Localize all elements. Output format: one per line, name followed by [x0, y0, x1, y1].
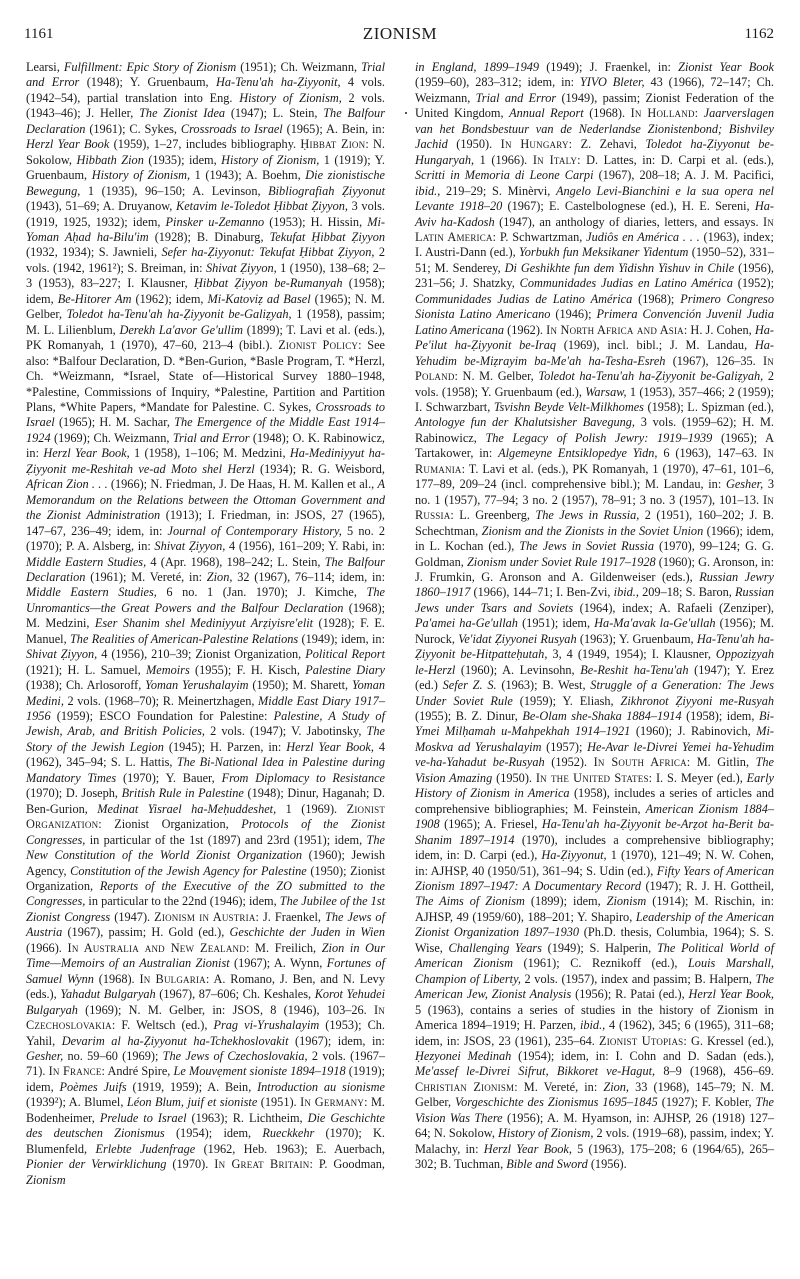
work-title: Warsaw, [585, 385, 626, 399]
work-title: Mi-Katoviẓ ad Basel [208, 292, 311, 306]
citation-text: (1970); D. Joseph, [26, 786, 122, 800]
citation-text: : L. Greenberg, [450, 508, 535, 522]
work-title: Medinat Yisrael ha-Meḥuddeshet, [97, 802, 276, 816]
citation-text: (1947). [110, 910, 154, 924]
citation-text: : Zionist Organization, [98, 817, 241, 831]
citation-text: (1938); Ch. Arlosoroff, [26, 678, 145, 692]
work-title: Scritti in Memoria di Leone Carpi [415, 168, 593, 182]
work-title: African Zion . . . [26, 477, 108, 491]
work-title: Herzl Year Book [26, 137, 109, 151]
work-title: Palestine Diary [305, 663, 385, 677]
citation-text: (1899); idem, [525, 894, 607, 908]
citation-text: : Z. Zehavi, [569, 137, 646, 151]
citation-text: (1961); C. Sykes, [85, 122, 180, 136]
citation-text: (1969); Ch. Weizmann, [51, 431, 173, 445]
work-title: Derekh La'avor Ge'ullim [119, 323, 243, 337]
work-title: Sefer Z. S. [443, 678, 497, 692]
work-title: Political Report [305, 647, 385, 661]
section-heading: Zionist Utopias [599, 1034, 683, 1048]
citation-text: (1928); B. Dinaburg, [149, 230, 270, 244]
citation-text: 209–18; S. Baron, [639, 585, 735, 599]
work-title: Yahadut Bulgaryah [60, 987, 155, 1001]
citation-text: (1955); B. Z. Dinur, [415, 709, 522, 723]
citation-text: : I. S. Meyer (ed.), [649, 771, 747, 785]
work-title: Middle Eastern Studies, [26, 585, 157, 599]
citation-text: (1953); H. Hissin, [264, 215, 367, 229]
work-title: Pa'amei ha-Ge'ullah [415, 616, 518, 630]
work-title: Trial and Error [476, 91, 557, 105]
citation-text: : P. Schwartzman, [493, 230, 586, 244]
citation-text: (1960); A. Levinsohn, [455, 663, 580, 677]
work-title: Ha-Ma'avak la-Ge'ullah [594, 616, 715, 630]
citation-text: (1961); M. Vereté, in: [85, 570, 206, 584]
work-title: Trial and Error [173, 431, 250, 445]
work-title: The Jews of Czechoslovakia, [163, 1049, 308, 1063]
citation-text: (1943), 51–69; A. Druyanow, [26, 199, 176, 213]
work-title: Zionism [26, 1173, 66, 1187]
section-heading: In South Africa [594, 755, 687, 769]
work-title: ibid., [580, 1018, 605, 1032]
work-title: Memoirs [146, 663, 190, 677]
work-title: Yoman Yerushalayim [145, 678, 248, 692]
citation-text: (1958); L. Spizman (ed.), [644, 400, 774, 414]
citation-text: (1967); idem, in: [289, 1034, 385, 1048]
citation-text: (1954); idem, in: I. Cohn and D. Sadan (… [511, 1049, 774, 1063]
citation-text: (1968). [94, 972, 140, 986]
work-title: Fulfillment: Epic Story of Zionism [64, 60, 236, 74]
work-title: The Jews in Russia, [535, 508, 639, 522]
work-title: Middle Eastern Studies, [26, 555, 146, 569]
work-title: Toledot ha-Tenu'ah ha-Ẓiyyonit be-Galiẓy… [538, 369, 763, 383]
citation-text: (1959); ESCO Foundation for Palestine: [51, 709, 274, 723]
work-title: Bibliografiah Ẓiyyonut [268, 184, 385, 198]
citation-text: : T. Lavi et al. (eds.), PK Romanyah, 1 … [415, 462, 774, 491]
citation-text: (1962, Heb. 1963); E. Auerbach, [195, 1142, 385, 1156]
citation-text: (1950); M. Sharett, [249, 678, 352, 692]
work-title: Ve'idat Ẓiyyonei Rusyah [458, 632, 576, 646]
citation-text: : M. Gitlin, [687, 755, 756, 769]
work-title: History of Zionism, [498, 1126, 593, 1140]
citation-text: 4 (1956), 161–209; Y. Rabi, in: [225, 539, 385, 553]
citation-text: 3, 4 (1949, 1954); I. Klausner, [547, 647, 716, 661]
citation-text: Learsi, [26, 60, 64, 74]
citation-text: (1967); E. Castelbolognese (ed.), H. E. … [502, 199, 755, 213]
citation-text: (1965); A. Friesel, [440, 817, 542, 831]
work-title: Erlebte Judenfrage [95, 1142, 195, 1156]
work-title: Zionism under Soviet Rule 1917–1928 [467, 555, 656, 569]
citation-text: (1921); H. L. Samuel, [26, 663, 146, 677]
work-title: ibid., [614, 585, 639, 599]
citation-text: : André Spire, [102, 1064, 174, 1078]
citation-text: (1945); H. Parzen, in: [164, 740, 286, 754]
citation-text: (1959), 1–27, includes bibliography. [109, 137, 300, 151]
citation-text: (1969); N. M. Gelber, in: JSOS, 8 (1946)… [78, 1003, 374, 1017]
work-title: Herzl Year Book, [484, 1142, 572, 1156]
work-title: Le Mouvẹment sioniste 1894–1918 [174, 1064, 346, 1078]
citation-text: (1946); [550, 307, 596, 321]
work-title: Ketavim le-Toledot Ḥibbat Ẓiyyon, [176, 199, 348, 213]
citation-text: (1949); S. Halperin, [542, 941, 657, 955]
work-title: Gesher, [26, 1049, 63, 1063]
citation-text: (1934); R. G. Weisbord, [255, 462, 385, 476]
work-title: Me'assef le-Divrei Sifrut, Bikkoret ve-H… [415, 1064, 655, 1078]
work-title: Tekufat Ḥibbat Ẓiyyon [270, 230, 385, 244]
citation-text: (1967), 87–606; Ch. Keshales, [156, 987, 315, 1001]
citation-text: (1947), an anthology of diaries, letters… [495, 215, 763, 229]
citation-text: : G. Kressel (ed.), [683, 1034, 774, 1048]
citation-text: (1919, 1959); A. Bein, [127, 1080, 257, 1094]
citation-text: : [695, 106, 704, 120]
work-title: Geschichte der Juden in Wien [230, 925, 385, 939]
work-title: Prelude to Israel [100, 1111, 187, 1125]
citation-text: (1963); Y. Gruenbaum, [577, 632, 697, 646]
citation-text: (1968). [584, 106, 631, 120]
citation-text: (1967), 208–18; A. J. M. Pacifici, [593, 168, 774, 182]
citation-text: 6 no. 1 (Jan. 1970); J. Kimche, [157, 585, 367, 599]
work-title: Judiôs en América . . . [586, 230, 700, 244]
citation-text: (1947); R. J. H. Gottheil, [641, 879, 774, 893]
citation-text: (1950). [492, 771, 536, 785]
citation-text: 1 (1935), 96–150; A. Levinson, [80, 184, 268, 198]
citation-text: (1970); Y. Bauer, [116, 771, 221, 785]
citation-text: (1965); H. M. Sachar, [55, 415, 174, 429]
work-title: Pionier der Verwirklichung [26, 1157, 166, 1171]
work-title: The Realities of American-Palestine Rela… [70, 632, 298, 646]
bibliography-column-right: in England, 1899–1949 (1949); J. Fraenke… [415, 60, 774, 1173]
citation-text: (1949); J. Fraenkel, in: [539, 60, 678, 74]
citation-text: (1961); C. Reznikoff (ed.), [513, 956, 688, 970]
work-title: in England, 1899–1949 [415, 60, 539, 74]
citation-text: (1959–60), 283–312; idem, in: [415, 75, 580, 89]
citation-text: : D. Lattes, in: D. Carpi et al. (eds.), [577, 153, 774, 167]
section-heading: In France [49, 1064, 102, 1078]
work-title: Shivat Ẓiyyon, [206, 261, 277, 275]
page-number-right: 1162 [745, 26, 774, 43]
citation-text: (1967), passim; H. Gold (ed.), [62, 925, 229, 939]
section-heading: Zionist Policy [278, 338, 358, 352]
work-title: Herzl Year Book, [286, 740, 374, 754]
work-title: Poèmes Juifs [59, 1080, 126, 1094]
section-heading: In Hungary [501, 137, 569, 151]
work-title: Algemeyne Entsiklopedye Yidn, [498, 446, 657, 460]
citation-text: (1967); A. Wynn, [230, 956, 327, 970]
citation-text: (1962); idem, [131, 292, 207, 306]
citation-text: (1966); N. Friedman, J. De Haas, H. M. K… [108, 477, 378, 491]
work-title: Shivat Ẓiyyon, [154, 539, 225, 553]
citation-text: : M. Freilich, [246, 941, 322, 955]
citation-text: in particular to the 22nd (1946); idem, [85, 894, 279, 908]
work-title: Crossroads to Israel [181, 122, 283, 136]
citation-text: 4 (Apr. 1968), 198–242; L. Stein, [146, 555, 325, 569]
citation-text: (1950). [448, 137, 501, 151]
work-title: Toledot ha-Tenu'ah ha-Ẓiyyonit be-Galiẓy… [67, 307, 292, 321]
work-title: History of Zionism, [221, 153, 319, 167]
citation-text: : F. Weltsch (ed.), [112, 1018, 214, 1032]
citation-text: (1959); Y. Eliash, [513, 694, 621, 708]
work-title: Tsvishn Beyde Velt-Milkhomes [494, 400, 644, 414]
citation-text: (1951). [257, 1095, 300, 1109]
work-title: Ḥibbat Ẓiyyon be-Rumanyah [194, 276, 343, 290]
work-title: From Diplomacy to Resistance [222, 771, 385, 785]
work-title: Annual Report [509, 106, 584, 120]
section-heading: In North Africa and Asia [546, 323, 684, 337]
work-title: Ha-Ẓiyyonut, [541, 848, 606, 862]
citation-text: : P. Goodman, [309, 1157, 385, 1171]
citation-text: (1927); F. Kobler, [658, 1095, 756, 1109]
citation-text: (1951); Ch. Weizmann, [236, 60, 361, 74]
citation-text: (1947); L. Stein, [225, 106, 323, 120]
work-title: Zikhronot Ẓiyyoni me-Rusyah [621, 694, 774, 708]
bibliography-column-left: Learsi, Fulfillment: Epic Story of Zioni… [26, 60, 385, 1188]
citation-text: 2 vols. (1968–70); R. Meinertzhagen, [64, 694, 258, 708]
work-title: Be-Reshit ha-Tenu'ah [580, 663, 688, 677]
citation-text: 8–9 (1968), 456–69. [655, 1064, 774, 1078]
citation-text: (1966). [26, 941, 68, 955]
citation-text: (1958); idem, [682, 709, 759, 723]
citation-text: (1970). [166, 1157, 214, 1171]
citation-text: 4 (1956), 210–39; Zionist Organization, [97, 647, 305, 661]
work-title: Antologye fun der Khalutsisher Bavegung, [415, 415, 635, 429]
citation-text: (1956); R. Patai (ed.), [571, 987, 688, 1001]
work-title: YIVO Bleter, [580, 75, 645, 89]
running-title: ZIONISM [0, 24, 800, 44]
work-title: Bible and Sword [506, 1157, 588, 1171]
citation-text: (1954); idem, [165, 1126, 263, 1140]
work-title: British Rule in Palestine [122, 786, 244, 800]
citation-text: (1967), 126–35. [665, 354, 763, 368]
section-heading: In the United States [536, 771, 649, 785]
work-title: Herzl Year Book, [689, 987, 774, 1001]
scan-speck [405, 112, 407, 114]
work-title: Gesher, [726, 477, 763, 491]
section-heading: In Bulgaria [140, 972, 206, 986]
work-title: The Zionist Idea [139, 106, 225, 120]
work-title: Be-Hitorer Am [58, 292, 132, 306]
citation-text: (1948); Y. Gruenbaum, [79, 75, 216, 89]
work-title: Zionism [607, 894, 647, 908]
work-title: Di Geshikhte fun dem Yidishn Yishuv in C… [505, 261, 735, 275]
citation-text: 1 (1969). [276, 802, 346, 816]
work-title: Rueckkehr [262, 1126, 314, 1140]
section-heading: Christian Zionism [415, 1080, 514, 1094]
work-title: Be-Olam she-Shaka 1884–1914 [522, 709, 681, 723]
work-title: Devarim al ha-Ẓiyyonut ha-Tchekhoslovaki… [62, 1034, 289, 1048]
citation-text: 2 vols. (1947); V. Jabotinsky, [205, 724, 367, 738]
citation-text: (1960); J. Rabinovich, [630, 724, 756, 738]
work-title: Herzl Year Book, [43, 446, 129, 460]
citation-text: (1965); A. Bein, in: [283, 122, 385, 136]
work-title: Zionist Year Book [678, 60, 774, 74]
work-title: Zion, [207, 570, 233, 584]
work-title: Vorgeschichte des Zionismus 1695–1845 [455, 1095, 658, 1109]
citation-text: (1963); B. West, [497, 678, 591, 692]
section-heading: Zionism in Austria [154, 910, 255, 924]
work-title: Shivat Ẓiyyon, [26, 647, 97, 661]
work-title: Yorbukh fun Meksikaner Yidentum [519, 245, 688, 259]
citation-text: 1 (1943); A. Boehm, [190, 168, 305, 182]
work-title: The Legacy of Polish Jewry: 1919–1939 [485, 431, 712, 445]
citation-text: (1964), index; A. Rafaeli (Zenziper), [573, 601, 774, 615]
citation-text: (1949); idem, in: [298, 632, 385, 646]
work-title: Introduction au sionisme [257, 1080, 385, 1094]
citation-text: in particular of the 1st (1897) and 23rd… [85, 833, 366, 847]
citation-text: (1939²); A. Blumel, [26, 1095, 127, 1109]
citation-text: no. 59–60 (1969); [63, 1049, 162, 1063]
section-heading: In Great Britain [214, 1157, 309, 1171]
section-heading: In Australia and New Zealand [68, 941, 246, 955]
work-title: The Jews in Soviet Russia [519, 539, 654, 553]
citation-text: (1969), incl. bibl.; J. M. Landau, [556, 338, 755, 352]
work-title: Zionism and the Zionists in the Soviet U… [482, 524, 704, 538]
citation-text: 1 (1958), 1–106; M. Medzini, [130, 446, 290, 460]
citation-text: (1966), 144–71; I. Ben-Zvi, [470, 585, 613, 599]
citation-text: (1952); [733, 276, 774, 290]
citation-text: (1963); R. Lichtheim, [187, 1111, 308, 1125]
citation-text: (1962). [504, 323, 546, 337]
citation-text: (1952). [545, 755, 594, 769]
citation-text: 1 (1966). [474, 153, 533, 167]
section-heading: In Holland [631, 106, 695, 120]
citation-text: (1968); [632, 292, 680, 306]
section-heading: Ḥibbat Zion [300, 137, 365, 151]
work-title: Léon Blum, juif et sioniste [127, 1095, 257, 1109]
citation-text: 2 vols. (1957), index and passim; B. Hal… [521, 972, 756, 986]
citation-text: (1955); F. H. Kisch, [190, 663, 305, 677]
citation-text: (1957); [541, 740, 587, 754]
section-heading: In Italy [533, 153, 577, 167]
citation-text: (1932, 1934); S. Jawnieli, [26, 245, 162, 259]
work-title: Ha-Tenu'ah ha-Ẓiyyonit, [216, 75, 341, 89]
section-heading: In Germany [300, 1095, 364, 1109]
work-title: Communidades Judias en Latino América [520, 276, 733, 290]
work-title: Journal of Contemporary History, [168, 524, 342, 538]
citation-text: (1951); idem, [518, 616, 594, 630]
work-title: Pinsker u-Zemanno [166, 215, 265, 229]
work-title: Eser Shanim shel Mediniyyut Arẓiyisre'el… [95, 616, 313, 630]
citation-text: (1956). [588, 1157, 627, 1171]
citation-text: : M. Vereté, in: [514, 1080, 603, 1094]
citation-text: (1935); idem, [144, 153, 221, 167]
citation-text: : H. J. Cohen, [684, 323, 755, 337]
work-title: Sefer ha-Ẓiyyonut: Tekufat Ḥibbat Ẓiyyon… [162, 245, 375, 259]
work-title: Hibbath Zion [77, 153, 144, 167]
work-title: Zion, [603, 1080, 629, 1094]
work-title: History of Zionism, [92, 168, 190, 182]
work-title: Prag vi-Yrushalayim [213, 1018, 319, 1032]
citation-text: 6 (1963), 147–63. [658, 446, 763, 460]
citation-text: 32 (1967), 76–114; idem, in: [232, 570, 385, 584]
work-title: History of Zionism, [239, 91, 342, 105]
citation-text: 219–29; S. Minèrvi, [440, 184, 556, 198]
work-title: Ḥezyonei Medinah [415, 1049, 511, 1063]
work-title: ibid., [415, 184, 440, 198]
citation-text: : N. M. Gelber, [455, 369, 539, 383]
work-title: The Aims of Zionism [415, 894, 525, 908]
work-title: Communidades Judias de Latino América [415, 292, 632, 306]
work-title: Challenging Years [449, 941, 542, 955]
page-header: 1161 ZIONISM 1162 [0, 20, 800, 44]
work-title: Constitution of the Jewish Agency for Pa… [70, 864, 307, 878]
citation-text: : J. Fraenkel, [256, 910, 325, 924]
